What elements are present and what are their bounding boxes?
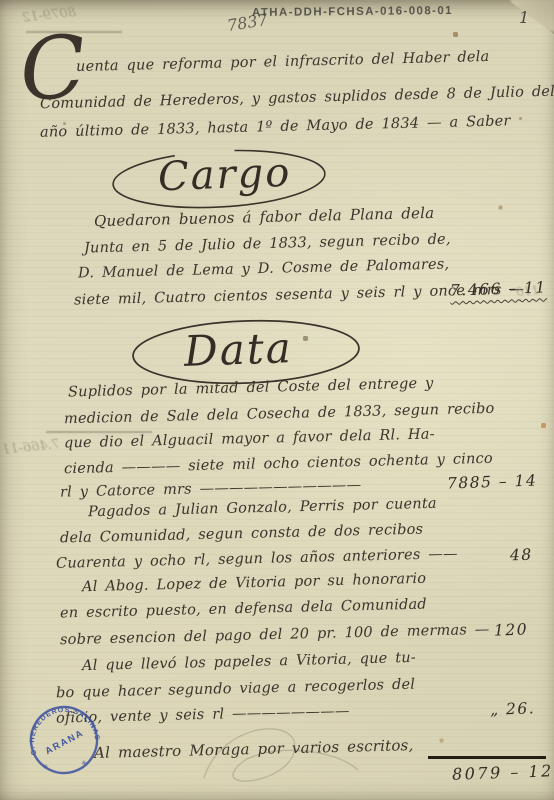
cargo-heading: Cargo: [157, 150, 292, 201]
intro-line: Comunidad de Herederos, y gastos suplido…: [40, 84, 554, 113]
data-entry-line: bo que hacer segundo viage a recogerlos …: [56, 677, 415, 702]
data-entry-line: cienda ———— siete mil ocho cientos ochen…: [64, 451, 493, 477]
data-entry-line: Cuarenta y ocho rl, segun los años anter…: [56, 546, 458, 572]
data-entry-amount: 7885 – 14: [447, 471, 538, 492]
data-entry-line: medicion de Sale dela Cosecha de 1833, s…: [64, 401, 495, 428]
manuscript-page: 8079-12 7.466-11 110 ATHA-DDH-FCHSA-016-…: [0, 0, 554, 800]
bleedthrough-rule: [46, 431, 152, 433]
stamp-star-icon: ✳: [42, 762, 50, 771]
data-entry-line: dela Comunidad, segun consta de dos reci…: [60, 522, 424, 547]
data-entry-line: Suplidos por la mitad del Coste del entr…: [68, 376, 434, 401]
data-entry-line: Al maestro Moraga por varios escritos,: [94, 736, 414, 762]
intro-line: uenta que reforma por el infrascrito del…: [76, 49, 490, 75]
data-entry-amount: 48: [510, 546, 533, 565]
carry-total: 8079 – 12: [452, 761, 554, 784]
cargo-line: D. Manuel de Lema y D. Cosme de Palomare…: [78, 256, 450, 281]
data-entry-amount: 120: [494, 620, 529, 639]
data-entry-line: Pagados a Julian Gonzalo, Perris por cue…: [88, 496, 437, 521]
folio-number: 1: [519, 8, 529, 27]
torn-corner: [508, 0, 554, 34]
archive-reference: ATHA-DDH-FCHSA-016-008-01: [252, 5, 453, 19]
sum-rule: [428, 756, 546, 759]
data-entry-line: en escrito puesto, en defensa dela Comun…: [60, 597, 427, 622]
stamp-center-text: ARANA: [44, 728, 87, 758]
bleedthrough-text: 7.466-11: [1, 437, 60, 458]
cargo-amount: 7.466 – 11: [450, 278, 547, 299]
document-number: 7837: [226, 10, 269, 35]
cargo-line: Quedaron buenos á fabor dela Plana dela: [94, 204, 435, 230]
ownership-stamp: C. HEREDEROS SALINAS ARANA ✳ ✳: [15, 691, 114, 790]
intro-line: año último de 1833, hasta 1º de Mayo de …: [40, 113, 511, 140]
data-entry-line: sobre esencion del pago del 20 pr. 100 d…: [60, 622, 490, 648]
stamp-star-icon: ✳: [80, 759, 88, 768]
paper-specks: [0, 0, 1, 1]
data-entry-line: Al Abog. Lopez de Vitoria por su honorar…: [82, 571, 427, 595]
data-entry-amount: „ 26.: [490, 699, 536, 719]
data-heading: Data: [183, 323, 293, 376]
data-entry-line: Al que llevó los papeles a Vitoria, que …: [82, 650, 416, 674]
cargo-line: Junta en 5 de Julio de 1833, segun recib…: [84, 232, 451, 257]
data-entry-line: rl y Catorce mrs ———————————: [60, 477, 362, 500]
